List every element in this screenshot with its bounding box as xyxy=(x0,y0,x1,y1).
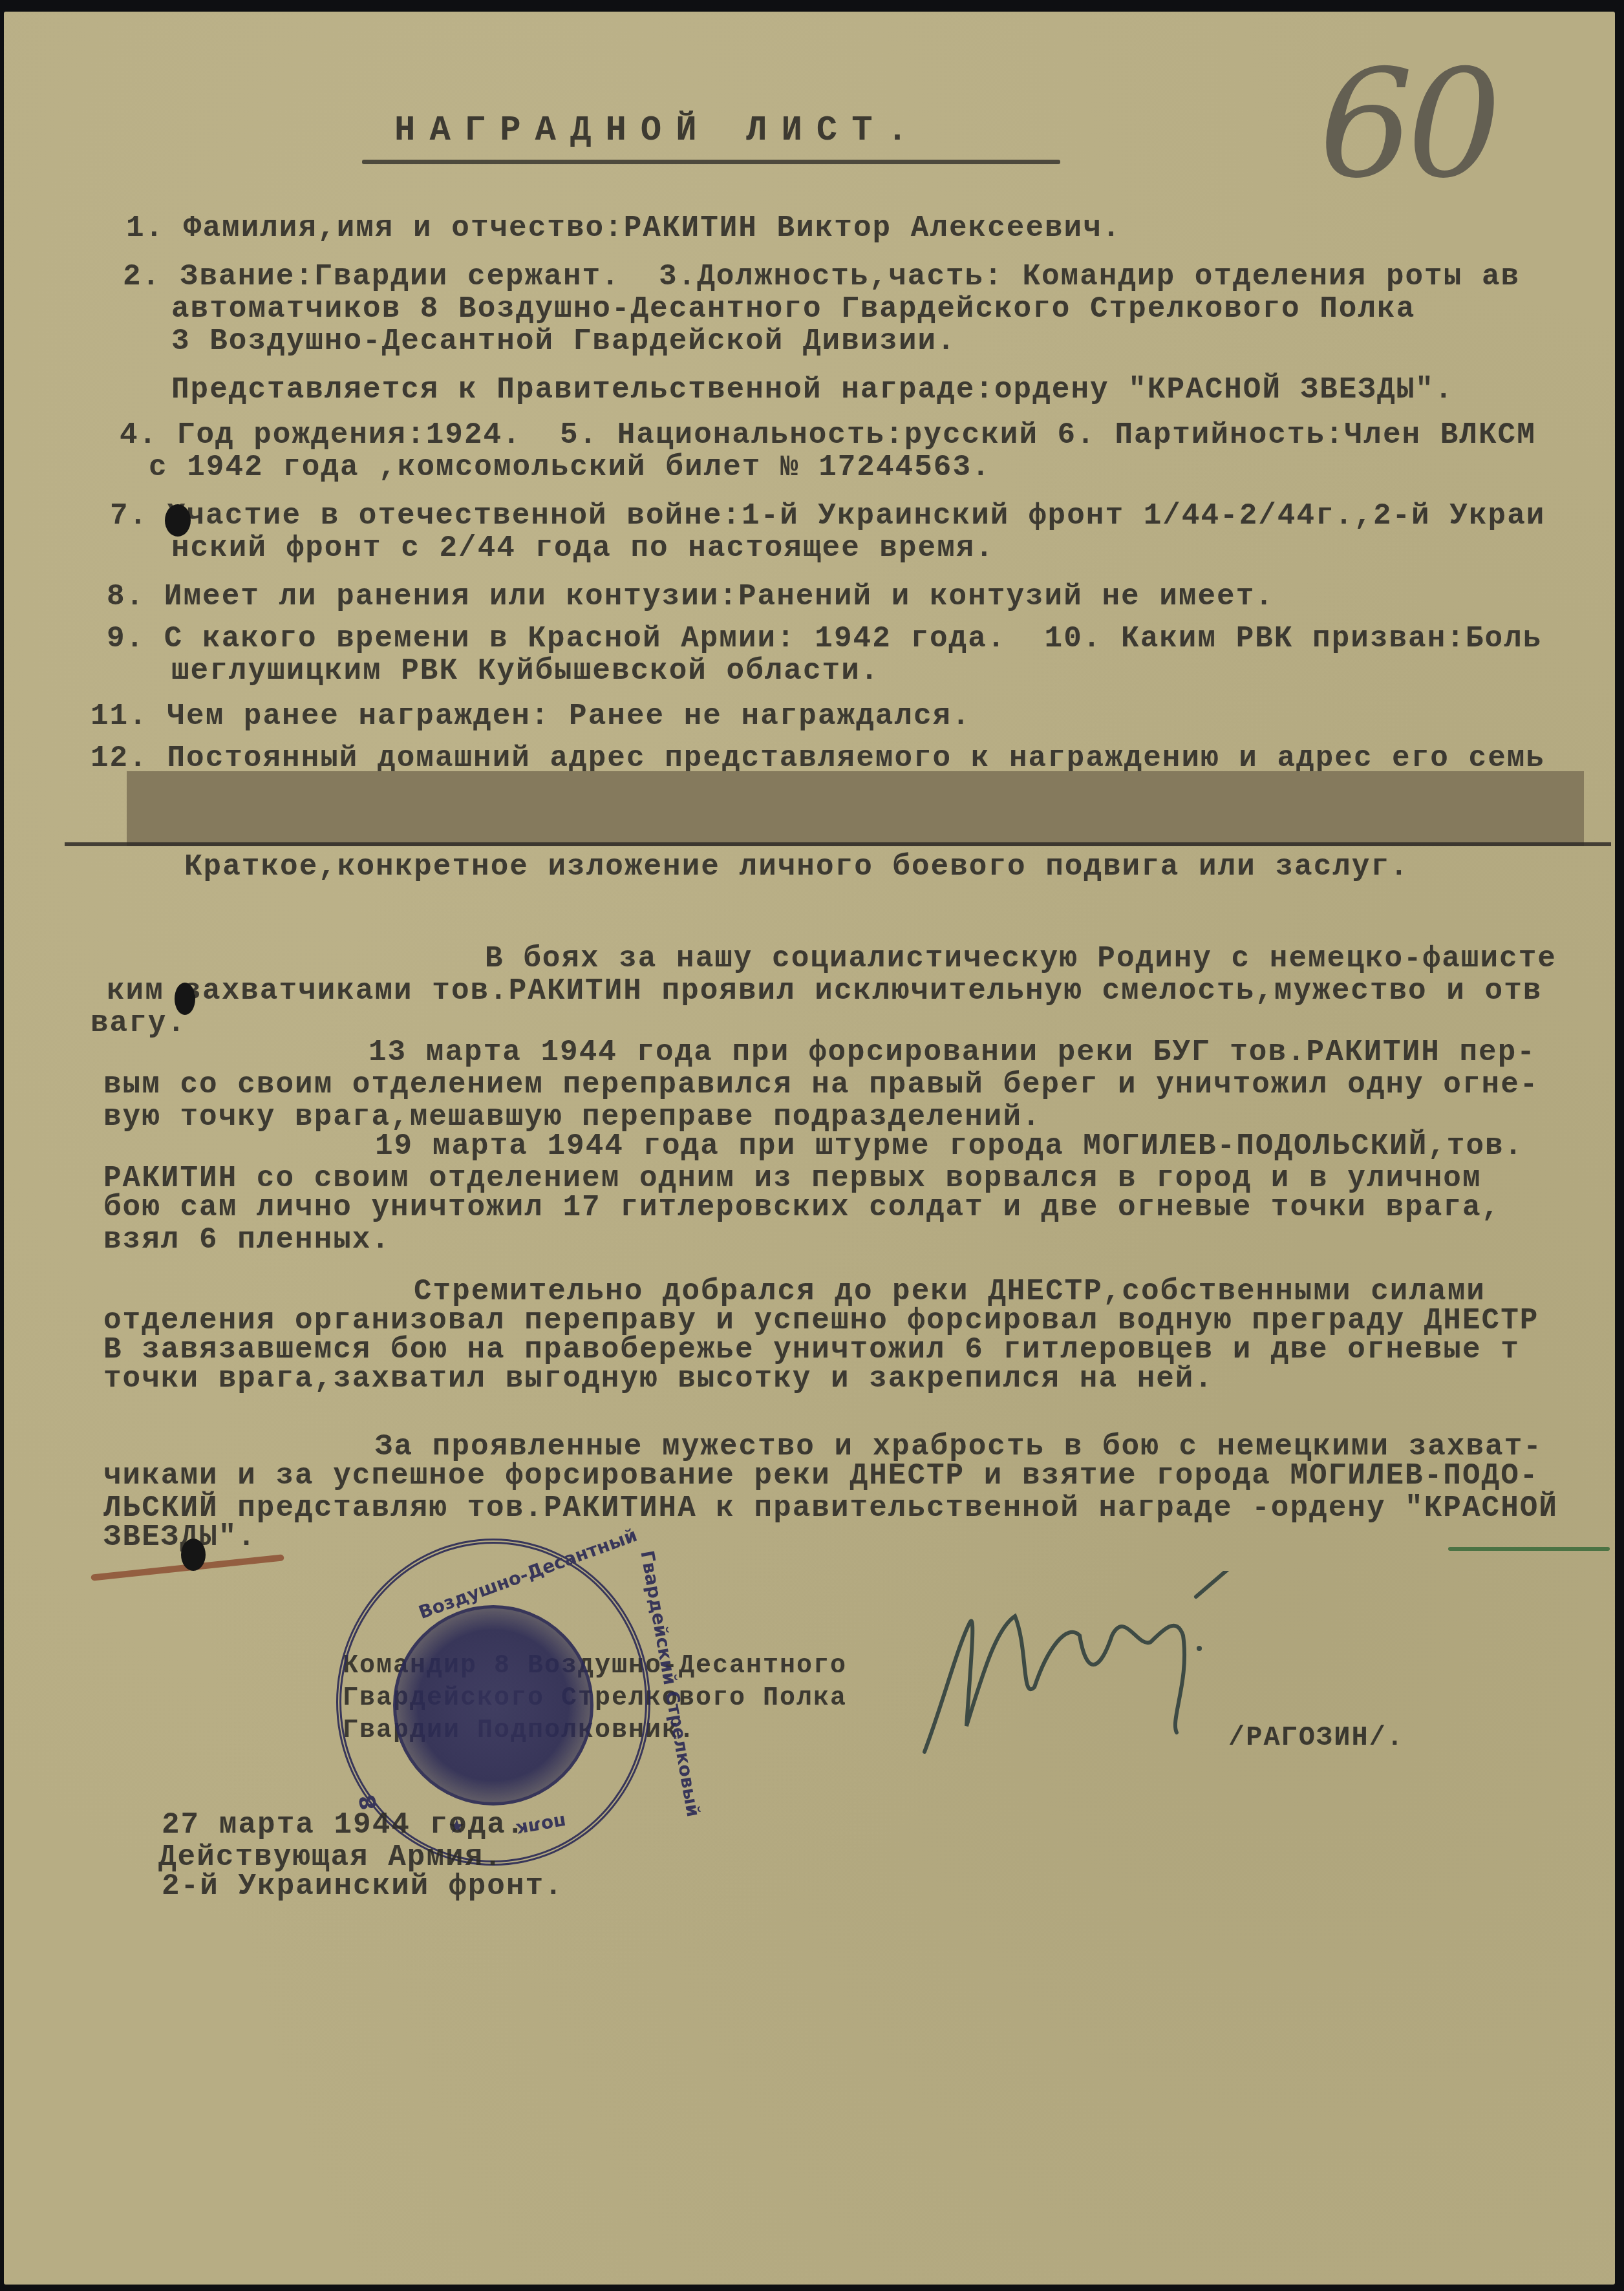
narrative-line: чиками и за успешное форсирование реки Д… xyxy=(103,1461,1539,1491)
section-divider xyxy=(65,842,1611,846)
narrative-line: точки врага,захватил выгодную высотку и … xyxy=(103,1364,1213,1394)
field-birth-year-nationality: 4. Год рождения:1924. 5. Национальность:… xyxy=(120,420,1536,450)
narrative-line: вагу. xyxy=(91,1008,186,1038)
field-war-participation-line2: нский фронт с 2/44 года по настоящее вре… xyxy=(171,533,994,563)
narrative-heading: Краткое,конкретное изложение личного бое… xyxy=(184,852,1409,882)
green-pencil-mark xyxy=(1448,1547,1610,1551)
narrative-line: отделения организовал переправу и успешн… xyxy=(103,1306,1539,1336)
narrative-line: взял 6 пленных. xyxy=(103,1225,390,1255)
narrative-line: ЗВЕЗДЫ". xyxy=(103,1522,257,1552)
field-home-address: 12. Постоянный домашний адрес представля… xyxy=(91,743,1545,773)
field-conscription-office: шеглушицким РВК Куйбышевской области. xyxy=(171,656,879,686)
narrative-line: 13 марта 1944 года при форсировании реки… xyxy=(369,1038,1536,1067)
narrative-line: В боях за нашу социалистическую Родину с… xyxy=(485,944,1557,974)
field-unit-line3: 3 Воздушно-Десантной Гвардейской Дивизии… xyxy=(171,326,956,356)
punch-hole xyxy=(165,504,191,537)
title-underline xyxy=(362,160,1060,164)
narrative-line: РАКИТИН со своим отделением одним из пер… xyxy=(103,1164,1482,1193)
punch-hole xyxy=(181,1539,206,1571)
field-full-name: 1. Фамилия,имя и отчество:РАКИТИН Виктор… xyxy=(126,213,1121,243)
handwritten-signature xyxy=(905,1571,1306,1765)
footer-date: 27 марта 1944 года. xyxy=(162,1810,526,1840)
narrative-line: 19 марта 1944 года при штурме города МОГ… xyxy=(375,1131,1523,1161)
narrative-line: бою сам лично уничтожил 17 гитлеровских … xyxy=(103,1193,1501,1222)
narrative-line: ким захватчиками тов.РАКИТИН проявил иск… xyxy=(107,976,1542,1006)
punch-hole xyxy=(175,983,195,1015)
field-service-since: 9. С какого времени в Красной Армии: 194… xyxy=(107,624,1542,654)
sheet-number: 60 xyxy=(1319,39,1495,211)
field-war-participation: 7. Участие в отечественной войне:1-й Укр… xyxy=(110,501,1545,531)
field-unit-line2: автоматчиков 8 Воздушно-Десантного Гвард… xyxy=(171,294,1415,324)
document-title: НАГРАДНОЙ ЛИСТ. xyxy=(394,116,922,146)
narrative-line: В завязавшемся бою на правобережье уничт… xyxy=(103,1335,1520,1365)
field-previous-awards: 11. Чем ранее награжден: Ранее не награж… xyxy=(91,701,971,731)
narrative-line: ЛЬСКИЙ представляю тов.РАКИТИНА к правит… xyxy=(103,1493,1558,1523)
field-presented-for-award: Представляется к Правительственной награ… xyxy=(171,375,1454,405)
narrative-line: вым со своим отделением переправился на … xyxy=(103,1070,1539,1100)
coat-of-arms-emblem xyxy=(393,1605,593,1806)
field-komsomol-card: с 1942 года ,комсомольский билет № 17244… xyxy=(149,453,991,482)
field-wounds: 8. Имеет ли ранения или контузии:Ранений… xyxy=(107,582,1274,612)
redacted-address-block xyxy=(127,771,1584,846)
footer-front: 2-й Украинский фронт. xyxy=(162,1871,564,1901)
narrative-line: Стремительно добрался до реки ДНЕСТР,соб… xyxy=(414,1277,1486,1306)
field-rank-position: 2. Звание:Гвардии сержант. 3.Должность,ч… xyxy=(123,262,1520,292)
narrative-line: вую точку врага,мешавшую переправе подра… xyxy=(103,1102,1042,1132)
narrative-line: За проявленные мужество и храбрость в бо… xyxy=(375,1432,1543,1462)
footer-army: Действующая Армия. xyxy=(158,1842,503,1872)
